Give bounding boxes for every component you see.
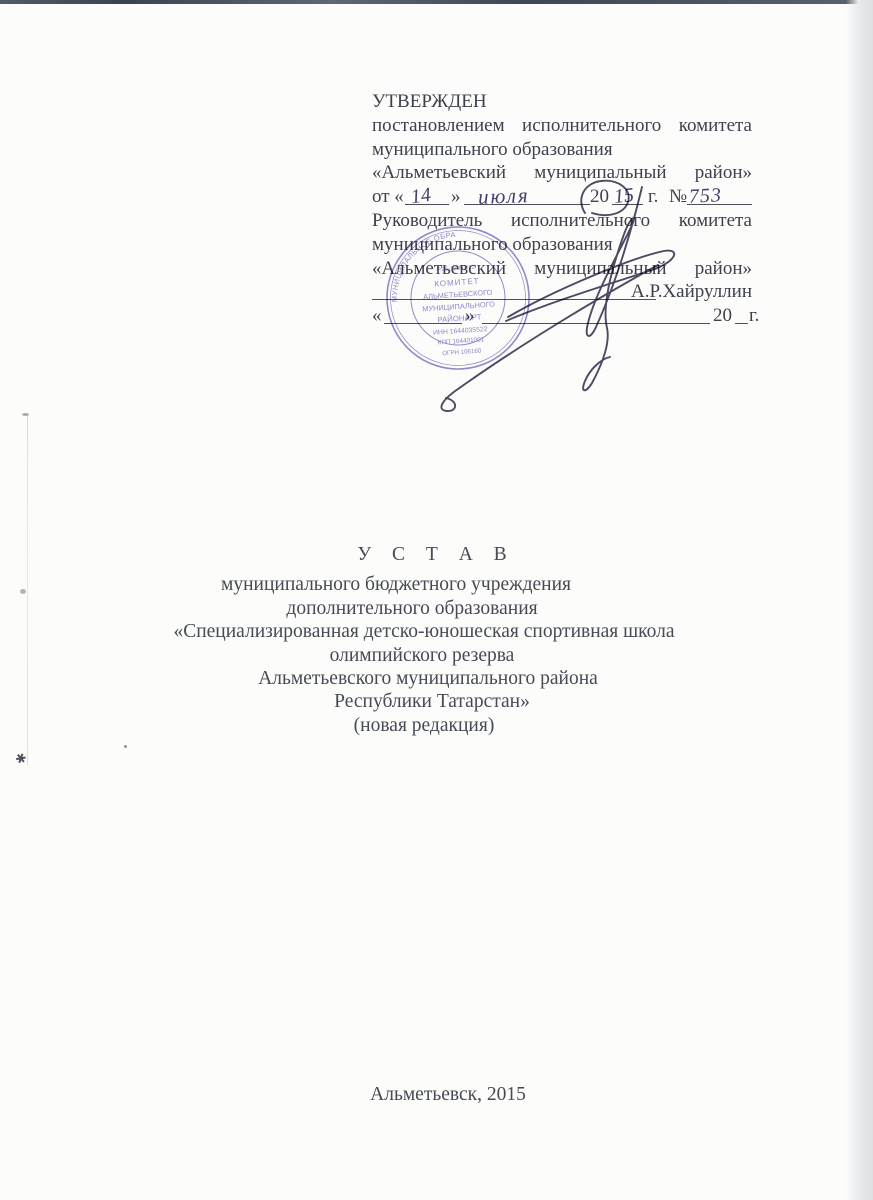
approved-label: УТВЕРЖДЕН: [372, 90, 752, 114]
charter-heading: У С Т А В: [26, 543, 846, 566]
title-line: Альметьевского муниципального района: [18, 667, 838, 690]
title-line: «Специализированная детско-юношеская спо…: [14, 620, 834, 643]
title-line: Республики Татарстан»: [22, 690, 842, 713]
blank-year-line: [735, 304, 748, 324]
year-century: 20: [713, 304, 732, 328]
scanned-document-page: ✱ УТВЕРЖДЕН постановлением исполнительно…: [0, 0, 873, 1200]
title-line: муниципального бюджетного учреждения: [0, 573, 806, 596]
year-suffix: г.: [749, 304, 759, 328]
title-line: олимпийского резерва: [12, 644, 832, 667]
title-block: У С Т А В муниципального бюджетного учре…: [26, 543, 846, 737]
scan-top-edge-artifact: [0, 0, 873, 4]
title-line: (новая редакция): [14, 714, 834, 737]
resolution-line: постановлением исполнительного комитета: [372, 114, 752, 138]
scan-speck: [22, 413, 29, 416]
footer-city-year: Альметьевск, 2015: [28, 1084, 868, 1106]
ink-blot-speck: ✱: [13, 751, 28, 769]
scan-speck: [124, 745, 127, 748]
handwritten-signature: [380, 155, 700, 445]
title-line: дополнительного образования: [2, 597, 822, 620]
scan-right-edge-shadow: [846, 0, 873, 1200]
